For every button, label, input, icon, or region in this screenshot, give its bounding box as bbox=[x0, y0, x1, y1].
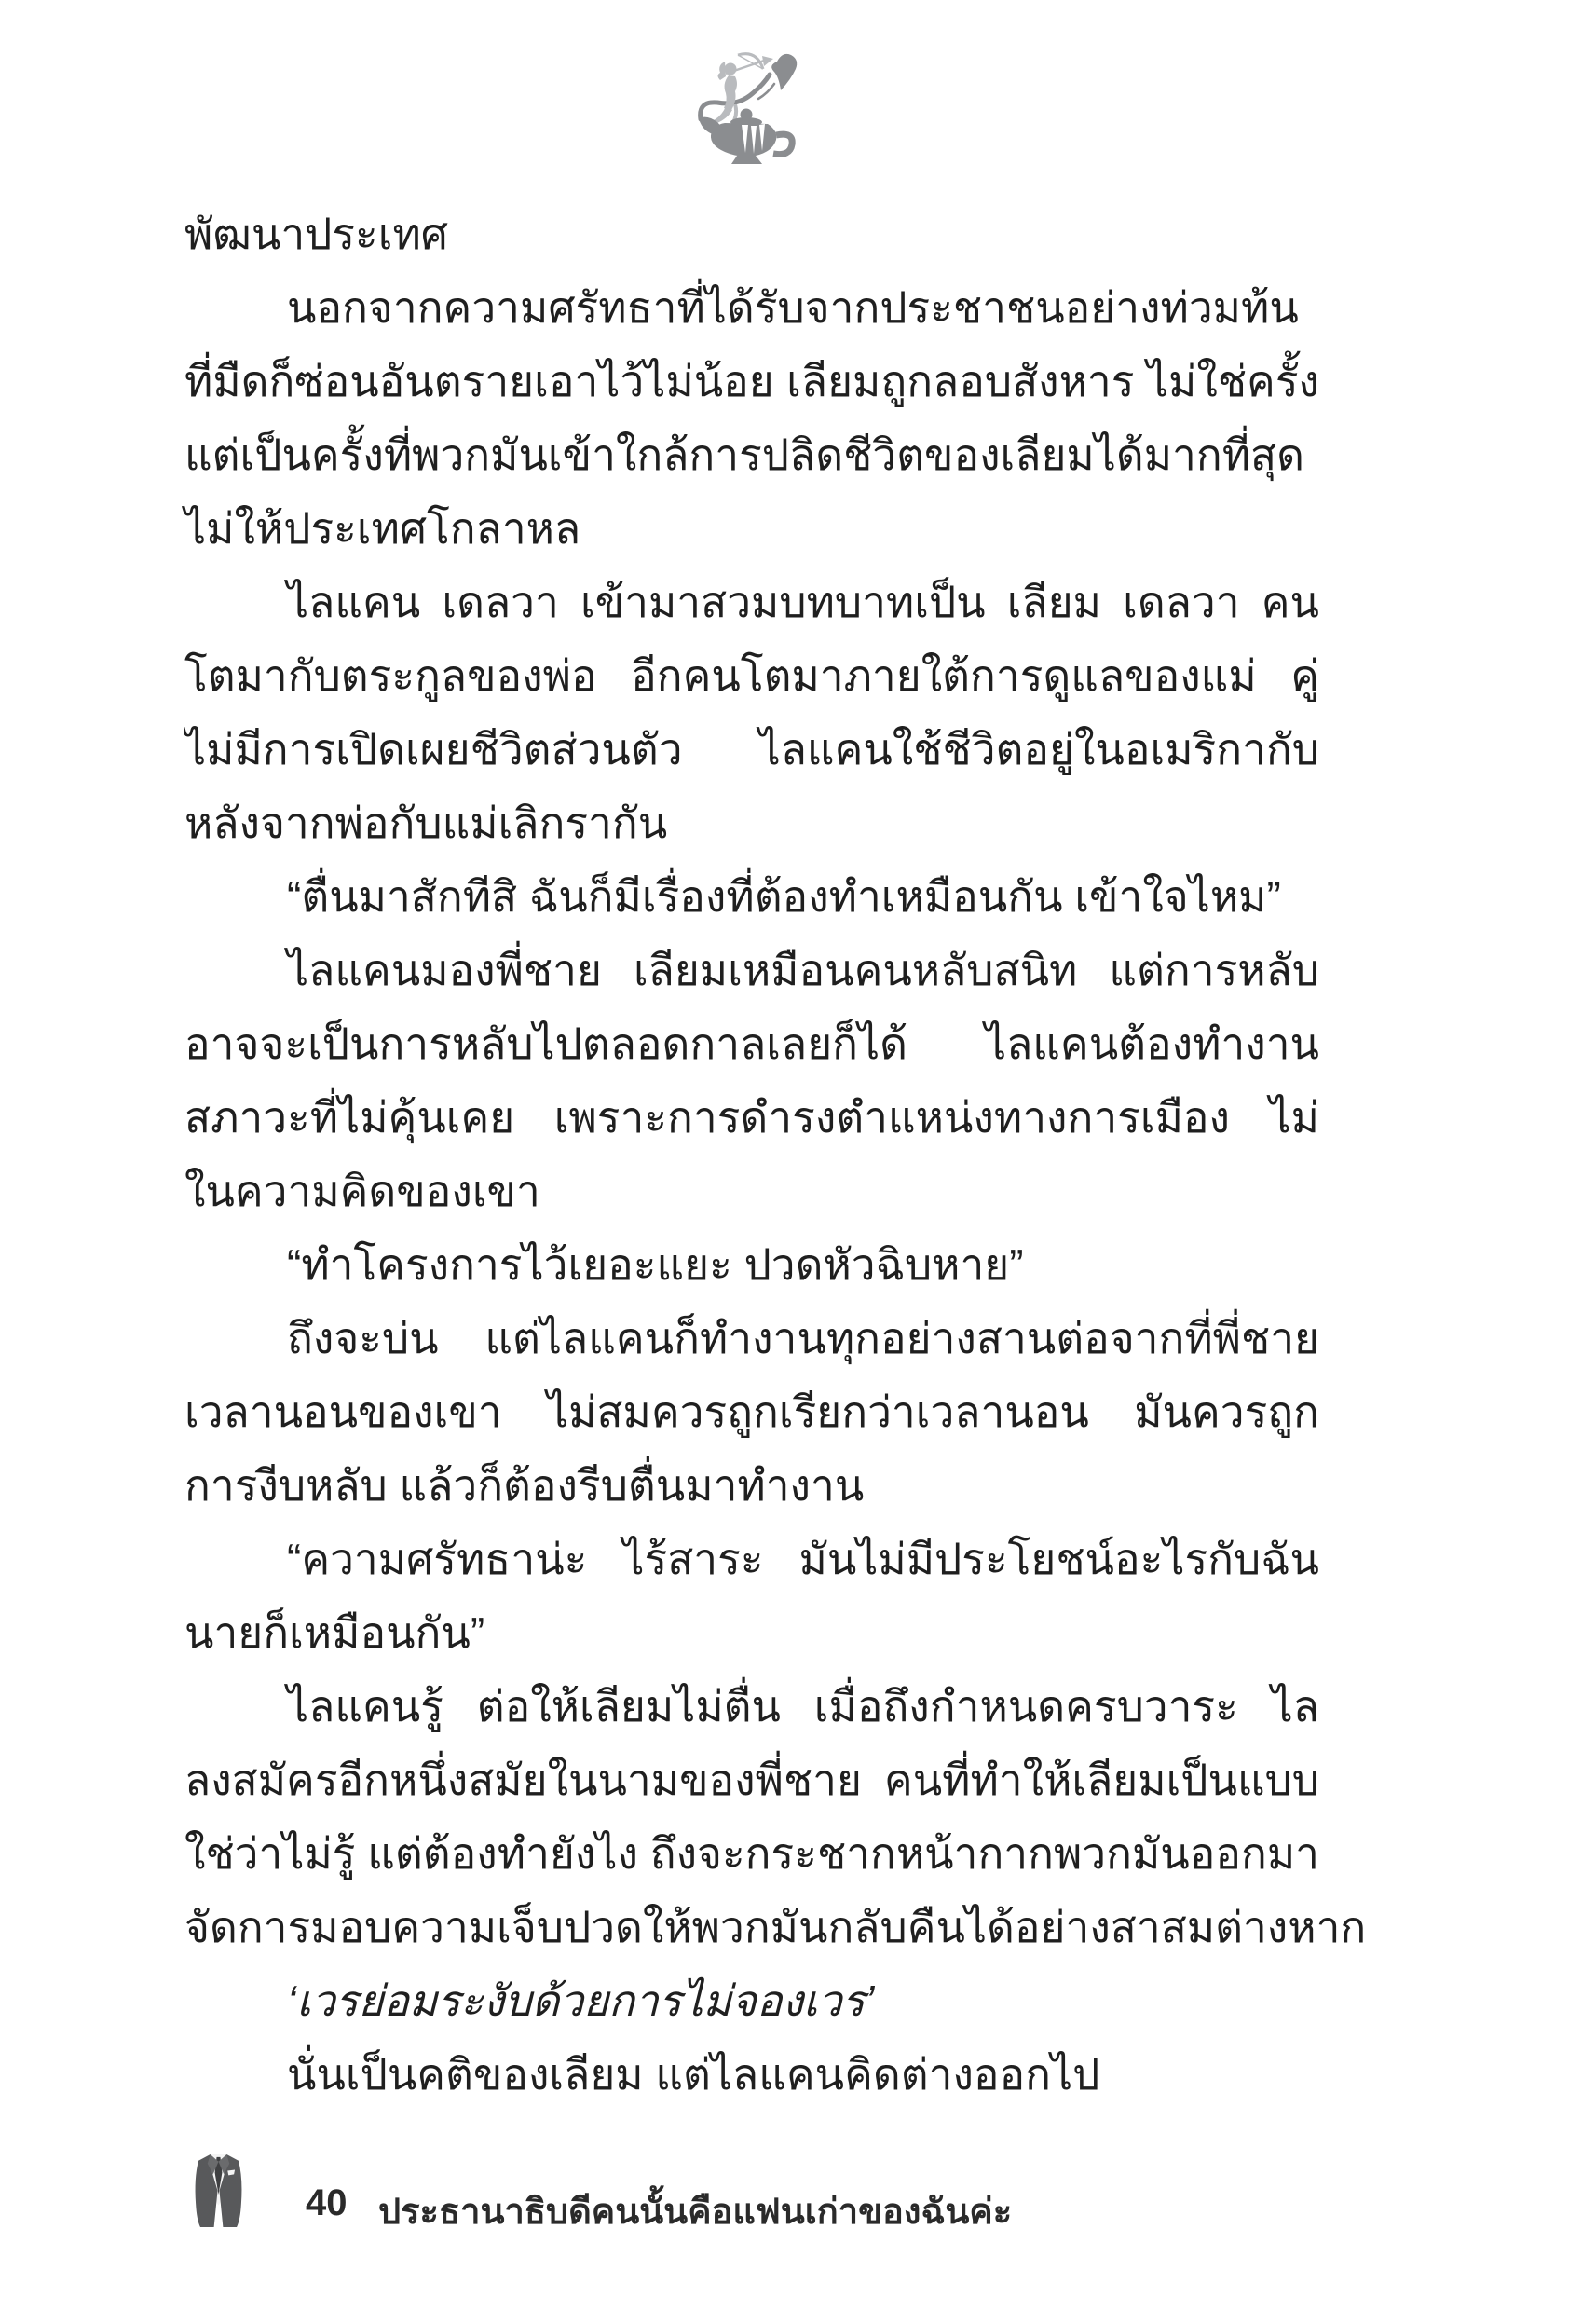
text-line: ใช่ว่าไม่รู้ แต่ต้องทำยังไง ถึงจะกระชากห… bbox=[184, 1817, 1319, 1891]
text-line: การงีบหลับ แล้วก็ต้องรีบตื่นมาทำงาน bbox=[184, 1449, 1319, 1523]
text-line: นั่นเป็นคติของเลียม แต่ไลแคนคิดต่างออกไป bbox=[184, 2038, 1319, 2112]
text-line: “ทำโครงการไว้เยอะแยะ ปวดหัวฉิบหาย” bbox=[184, 1228, 1319, 1302]
page-number: 40 bbox=[306, 2182, 348, 2224]
text-line: ไลแคนรู้ ต่อให้เลียมไม่ตื่น เมื่อถึงกำหน… bbox=[184, 1670, 1319, 1744]
text-line: ‘เวรย่อมระงับด้วยการไม่จองเวร’ bbox=[184, 1964, 1319, 2038]
text-line: “ความศรัทธาน่ะ ไร้สาระ มันไม่มีประโยชน์อ… bbox=[184, 1523, 1319, 1596]
text-line: ถึงจะบ่น แต่ไลแคนก็ทำงานทุกอย่างสานต่อจา… bbox=[184, 1302, 1319, 1375]
text-line: จัดการมอบความเจ็บปวดให้พวกมันกลับคืนได้อ… bbox=[184, 1891, 1319, 1964]
text-line: ไม่มีการเปิดเผยชีวิตส่วนตัว ไลแคนใช้ชีวิ… bbox=[184, 713, 1319, 786]
text-line: ลงสมัครอีกหนึ่งสมัยในนามของพี่ชาย คนที่ท… bbox=[184, 1744, 1319, 1817]
text-line: พัฒนาประเทศ bbox=[184, 198, 1319, 271]
book-title: ประธานาธิบดีคนนั้นคือแฟนเก่าของฉันค่ะ bbox=[378, 2182, 1012, 2239]
text-line: “ตื่นมาสักทีสิ ฉันก็มีเรื่องที่ต้องทำเหม… bbox=[184, 860, 1319, 934]
footer: 40 ประธานาธิบดีคนนั้นคือแฟนเก่าของฉันค่ะ bbox=[192, 2151, 1310, 2235]
book-page: พัฒนาประเทศ นอกจากความศรัทธาที่ได้รับจาก… bbox=[0, 0, 1596, 2311]
body-text: พัฒนาประเทศ นอกจากความศรัทธาที่ได้รับจาก… bbox=[184, 198, 1319, 2112]
text-line: ไม่ให้ประเทศโกลาหล bbox=[184, 492, 1319, 566]
text-line: นายก็เหมือนกัน” bbox=[184, 1596, 1319, 1670]
text-line: เวลานอนของเขา ไม่สมควรถูกเรียกว่าเวลานอน… bbox=[184, 1375, 1319, 1449]
text-line: โตมากับตระกูลของพ่อ อีกคนโตมาภายใต้การดู… bbox=[184, 639, 1319, 713]
text-line: แต่เป็นครั้งที่พวกมันเข้าใกล้การปลิดชีวิ… bbox=[184, 418, 1319, 492]
text-line: ไลแคนมองพี่ชาย เลียมเหมือนคนหลับสนิท แต่… bbox=[184, 934, 1319, 1007]
genie-lamp-cupid-heart-ornament-icon bbox=[697, 48, 807, 171]
text-line: ในความคิดของเขา bbox=[184, 1155, 1319, 1228]
text-line: ที่มืดก็ซ่อนอันตรายเอาไว้ไม่น้อย เลียมถู… bbox=[184, 345, 1319, 418]
suit-icon bbox=[192, 2153, 245, 2229]
text-line: นอกจากความศรัทธาที่ได้รับจากประชาชนอย่าง… bbox=[184, 271, 1319, 345]
text-line: ไลแคน เดลวา เข้ามาสวมบทบาทเป็น เลียม เดล… bbox=[184, 566, 1319, 639]
text-line: สภาวะที่ไม่คุ้นเคย เพราะการดำรงตำแหน่งทา… bbox=[184, 1081, 1319, 1155]
text-line: อาจจะเป็นการหลับไปตลอดกาลเลยก็ได้ ไลแคนต… bbox=[184, 1007, 1319, 1081]
text-line: หลังจากพ่อกับแม่เลิกรากัน bbox=[184, 786, 1319, 860]
